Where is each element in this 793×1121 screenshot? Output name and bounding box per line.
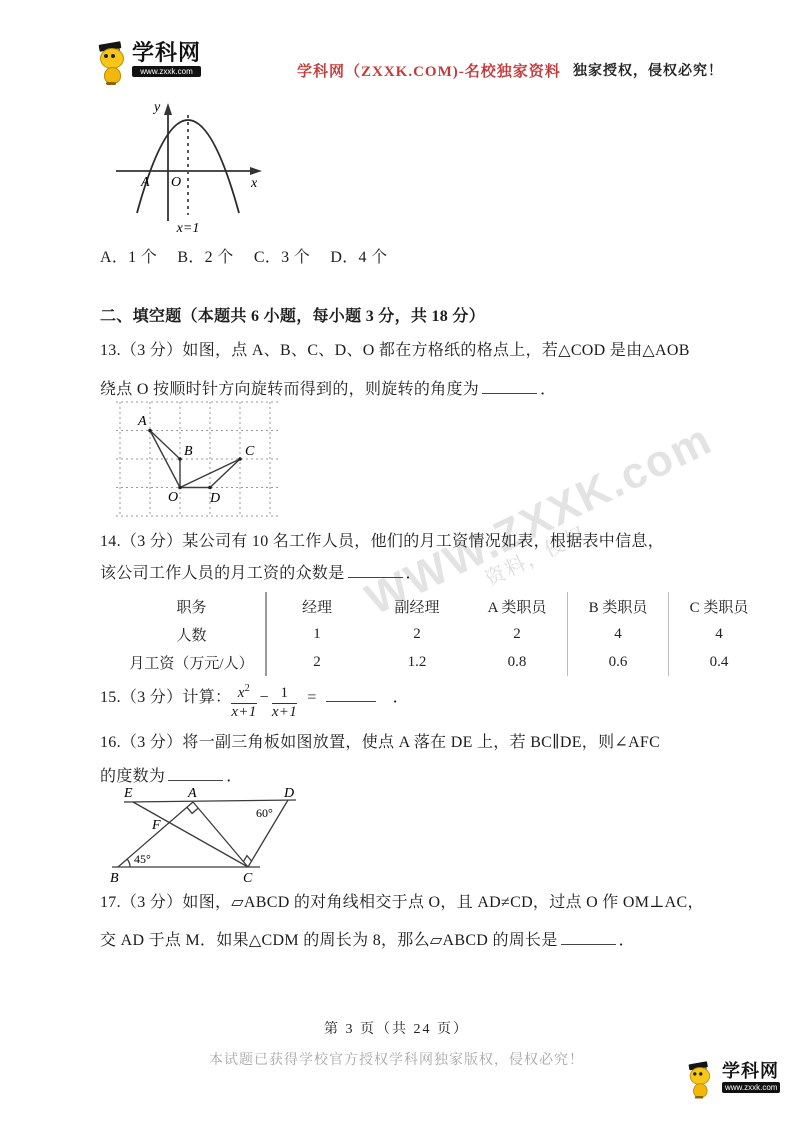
grid-point-d-label: D — [209, 491, 220, 506]
q13-answer-blank — [482, 389, 537, 394]
option-b: B．2 个 — [177, 249, 233, 266]
point-a-label: A — [187, 786, 197, 801]
y-axis-label: y — [152, 100, 161, 115]
table-cell: 人数 — [118, 620, 266, 648]
logo-url: www.zxxk.com — [722, 1082, 780, 1093]
table-row: 月工资（万元/人） 2 1.2 0.8 0.6 0.4 — [118, 648, 769, 676]
table-cell: 0.8 — [467, 648, 568, 676]
axis-of-symmetry-label: x=1 — [176, 221, 200, 235]
point-b-label: B — [110, 871, 119, 884]
logo-url: www.zxxk.com — [132, 66, 201, 77]
table-row: 职务 经理 副经理 A 类职员 B 类职员 C 类职员 — [118, 592, 769, 620]
option-c: C．3 个 — [254, 249, 310, 266]
q16-answer-blank — [168, 776, 223, 781]
x-axis-label: x — [250, 176, 258, 191]
table-cell: 月工资（万元/人） — [118, 648, 266, 676]
grid-point-o-label: O — [168, 490, 178, 505]
table-cell: C 类职员 — [669, 592, 770, 620]
q16-line1: 16.（3 分）将一副三角板如图放置，使点 A 落在 DE 上，若 BC∥DE，… — [100, 729, 660, 752]
owl-mascot-icon — [688, 1062, 714, 1103]
fraction-1: x2x+1 — [231, 684, 256, 721]
table-cell: 2 — [266, 648, 367, 676]
owl-mascot-icon — [98, 42, 128, 90]
grid-point-c-label: C — [245, 444, 255, 459]
table-cell: 1.2 — [367, 648, 467, 676]
table-cell: 4 — [568, 620, 669, 648]
table-cell: A 类职员 — [467, 592, 568, 620]
parabola-figure: y x O A x=1 — [110, 95, 310, 235]
q13-line1: 13.（3 分）如图，点 A、B、C、D、O 都在方格纸的格点上，若△COD 是… — [100, 337, 690, 360]
table-cell: 副经理 — [367, 592, 467, 620]
section-title: 二、填空题（本题共 6 小题，每小题 3 分，共 18 分） — [100, 303, 485, 326]
q16-line2: 的度数为． — [100, 763, 243, 786]
option-d: D．4 个 — [330, 249, 387, 266]
minus-sign: − — [260, 689, 269, 706]
copyright-notice: 本试题已获得学校官方授权学科网独家版权，侵权必究！ — [0, 1049, 793, 1069]
footer-logo: 学科网 www.zxxk.com — [688, 1062, 780, 1110]
fraction-2: 1x+1 — [272, 686, 297, 721]
point-c-label: C — [243, 871, 253, 884]
q14-line1: 14.（3 分）某公司有 10 名工作人员，他们的月工资情况如表，根据表中信息， — [100, 528, 664, 551]
grid-rotation-figure: A B C O D — [110, 398, 295, 520]
origin-label: O — [171, 175, 181, 190]
point-e-label: E — [123, 786, 133, 801]
table-row: 人数 1 2 2 4 4 — [118, 620, 769, 648]
page-number: 第 3 页（共 24 页） — [0, 1018, 793, 1038]
logo-name: 学科网 — [132, 42, 201, 64]
grid-point-a-label: A — [137, 414, 147, 429]
q13-line2: 绕点 O 按顺时针方向旋转而得到的，则旋转的角度为． — [100, 376, 556, 399]
site-logo: 学科网 www.zxxk.com — [98, 42, 201, 90]
point-a-label: A — [140, 175, 150, 190]
question12-options: A．1 个 B．2 个 C．3 个 D．4 个 — [100, 244, 387, 267]
option-a: A．1 个 — [100, 249, 157, 266]
table-cell: 4 — [669, 620, 770, 648]
q17-line1: 17.（3 分）如图，▱ABCD 的对角线相交于点 O，且 AD≠CD，过点 O… — [100, 889, 704, 912]
header-title: 学科网（ZXXK.COM)-名校独家资料 — [297, 60, 561, 81]
table-cell: B 类职员 — [568, 592, 669, 620]
table-cell: 0.4 — [669, 648, 770, 676]
point-d-label: D — [283, 786, 294, 801]
point-f-label: F — [151, 818, 161, 833]
table-cell: 2 — [467, 620, 568, 648]
grid-point-b-label: B — [184, 444, 193, 459]
q15-answer-blank — [326, 697, 376, 702]
table-cell: 2 — [367, 620, 467, 648]
q14-answer-blank — [348, 573, 403, 578]
q17-answer-blank — [561, 940, 616, 945]
equals-sign: = — [307, 689, 316, 706]
q17-line2: 交 AD 于点 M．如果△CDM 的周长为 8，那么▱ABCD 的周长是． — [100, 927, 635, 950]
logo-name: 学科网 — [722, 1062, 780, 1080]
header-rights: 独家授权，侵权必究！ — [573, 60, 723, 80]
table-cell: 1 — [266, 620, 367, 648]
angle-b-label: 45° — [134, 852, 151, 866]
x-axis-arrow-icon — [250, 167, 262, 175]
y-axis-arrow-icon — [164, 103, 172, 115]
table-cell: 职务 — [118, 592, 266, 620]
salary-table: 职务 经理 副经理 A 类职员 B 类职员 C 类职员 人数 1 2 2 4 4… — [118, 592, 769, 676]
exam-paper-page: WWW.ZXXK.com 资料，侵权 学科网 www.zxxk.com 学科网（… — [0, 0, 793, 1121]
table-cell: 0.6 — [568, 648, 669, 676]
q14-line2: 该公司工作人员的月工资的众数是． — [100, 560, 422, 583]
angle-d-label: 60° — [256, 806, 273, 820]
triangle-rulers-figure: E A D F B C 45° 60° — [108, 786, 318, 884]
table-cell: 经理 — [266, 592, 367, 620]
q15-line: 15.（3 分）计算：x2x+1−1x+1 =． — [100, 684, 409, 721]
